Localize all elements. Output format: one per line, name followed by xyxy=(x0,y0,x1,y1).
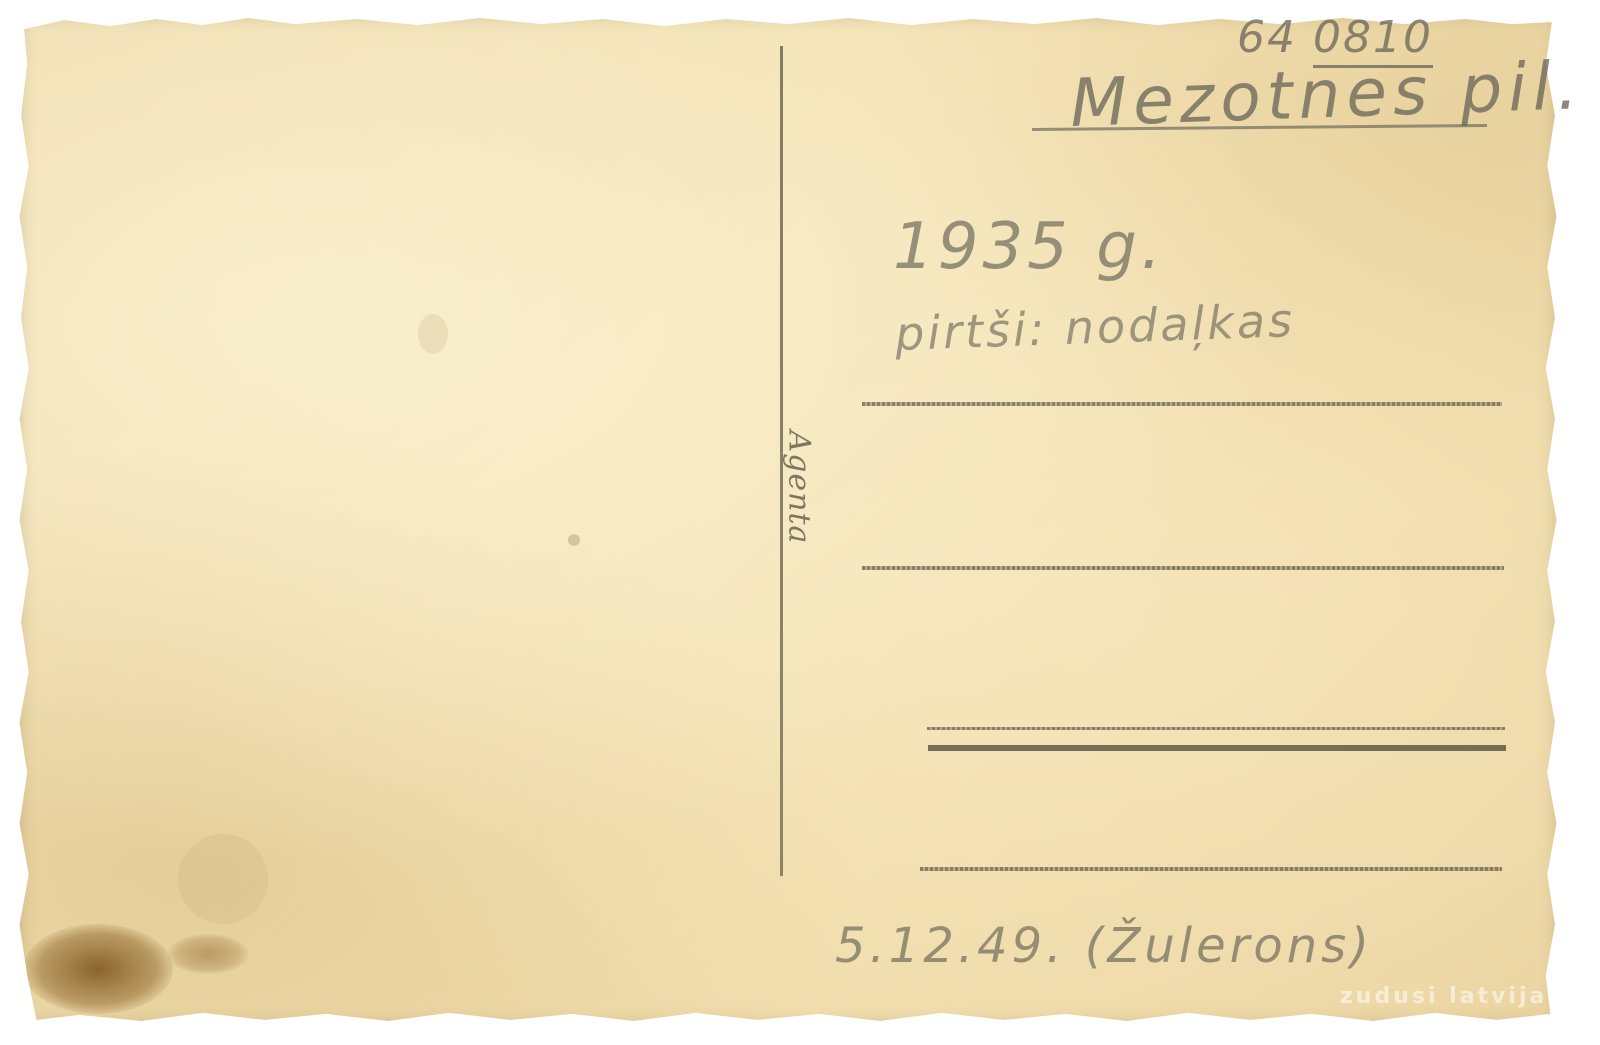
archive-prefix: 64 xyxy=(1237,12,1297,63)
address-line-1 xyxy=(862,402,1502,406)
spot xyxy=(418,314,448,354)
year-note: 1935 g. xyxy=(893,210,1165,284)
stain-small xyxy=(168,934,248,974)
acquisition-note: 5.12.49. (Žulerons) xyxy=(835,918,1373,974)
stain-corner xyxy=(23,924,173,1014)
address-line-3a xyxy=(927,727,1505,730)
watermark: zudusi latvija xyxy=(1340,984,1547,1009)
address-line-3b xyxy=(928,745,1506,751)
spot xyxy=(178,834,268,924)
spot xyxy=(568,534,580,546)
brand-mark: Agenta xyxy=(781,431,816,545)
address-line-4 xyxy=(920,867,1502,871)
address-line-2 xyxy=(862,566,1504,570)
